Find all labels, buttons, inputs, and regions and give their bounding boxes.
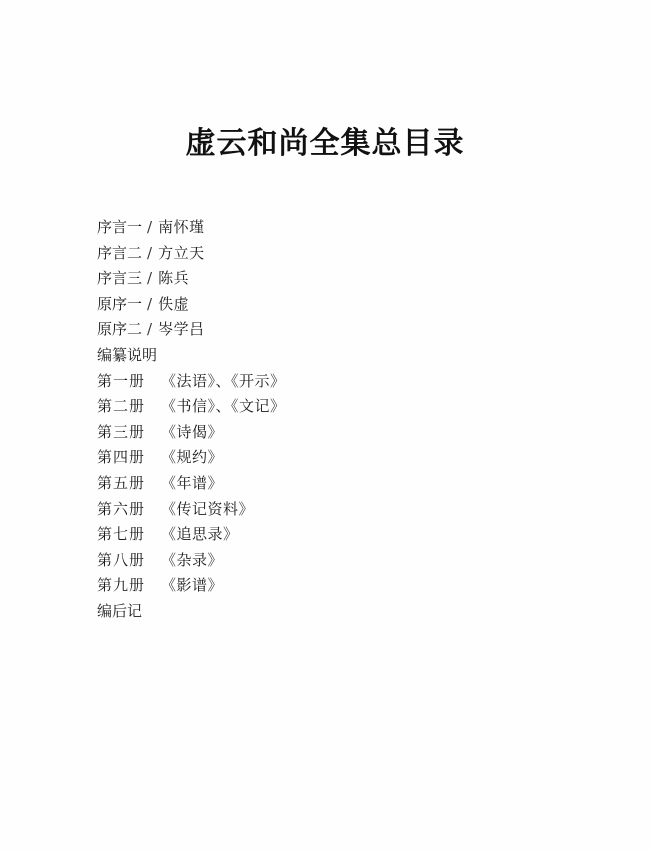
volume-label: 第九册 <box>97 573 161 599</box>
entry-label: 原序二 <box>97 317 142 343</box>
toc-entry-original-preface-2: 原序二 / 岑学吕 <box>97 317 286 343</box>
volume-label: 第三册 <box>97 420 161 446</box>
toc-entry-preface-3: 序言三 / 陈兵 <box>97 266 286 292</box>
volume-title: 《杂录》 <box>161 548 223 574</box>
volume-label: 第五册 <box>97 471 161 497</box>
entry-label: 原序一 <box>97 292 142 318</box>
volume-title: 《规约》 <box>161 445 223 471</box>
entry-author: 方立天 <box>158 241 205 267</box>
table-of-contents: 序言一 / 南怀瑾 序言二 / 方立天 序言三 / 陈兵 原序一 / 佚虚 原序… <box>97 215 286 625</box>
separator: / <box>147 215 152 241</box>
volume-label: 第六册 <box>97 497 161 523</box>
volume-label: 第二册 <box>97 394 161 420</box>
toc-entry-volume-6: 第六册 《传记资料》 <box>97 497 286 523</box>
volume-title: 《追思录》 <box>161 522 239 548</box>
toc-entry-volume-3: 第三册 《诗偈》 <box>97 420 286 446</box>
toc-entry-volume-1: 第一册 《法语》、《开示》 <box>97 369 286 395</box>
volume-label: 第七册 <box>97 522 161 548</box>
separator: / <box>147 292 152 318</box>
toc-entry-editorial-note: 编纂说明 <box>97 343 286 369</box>
volume-title: 《影谱》 <box>161 573 223 599</box>
entry-author: 陈兵 <box>158 266 189 292</box>
volume-title: 《法语》、《开示》 <box>161 369 286 395</box>
entry-author: 岑学吕 <box>158 317 205 343</box>
document-page: 虚云和尚全集总目录 序言一 / 南怀瑾 序言二 / 方立天 序言三 / 陈兵 原… <box>0 0 650 850</box>
entry-label: 序言三 <box>97 266 142 292</box>
entry-label: 序言一 <box>97 215 142 241</box>
toc-entry-afterword: 编后记 <box>97 599 286 625</box>
toc-entry-volume-8: 第八册 《杂录》 <box>97 548 286 574</box>
toc-entry-volume-7: 第七册 《追思录》 <box>97 522 286 548</box>
volume-title: 《年谱》 <box>161 471 223 497</box>
toc-entry-volume-9: 第九册 《影谱》 <box>97 573 286 599</box>
toc-entry-volume-4: 第四册 《规约》 <box>97 445 286 471</box>
entry-author: 佚虚 <box>158 292 189 318</box>
volume-label: 第一册 <box>97 369 161 395</box>
volume-title: 《书信》、《文记》 <box>161 394 286 420</box>
separator: / <box>147 241 152 267</box>
toc-entry-volume-5: 第五册 《年谱》 <box>97 471 286 497</box>
volume-label: 第四册 <box>97 445 161 471</box>
toc-entry-original-preface-1: 原序一 / 佚虚 <box>97 292 286 318</box>
entry-author: 南怀瑾 <box>158 215 205 241</box>
volume-label: 第八册 <box>97 548 161 574</box>
entry-label: 编后记 <box>97 599 142 625</box>
separator: / <box>147 266 152 292</box>
entry-label: 编纂说明 <box>97 343 157 369</box>
volume-title: 《诗偈》 <box>161 420 223 446</box>
toc-entry-preface-1: 序言一 / 南怀瑾 <box>97 215 286 241</box>
volume-title: 《传记资料》 <box>161 497 254 523</box>
toc-entry-volume-2: 第二册 《书信》、《文记》 <box>97 394 286 420</box>
separator: / <box>147 317 152 343</box>
entry-label: 序言二 <box>97 241 142 267</box>
toc-entry-preface-2: 序言二 / 方立天 <box>97 241 286 267</box>
page-title: 虚云和尚全集总目录 <box>0 118 650 162</box>
